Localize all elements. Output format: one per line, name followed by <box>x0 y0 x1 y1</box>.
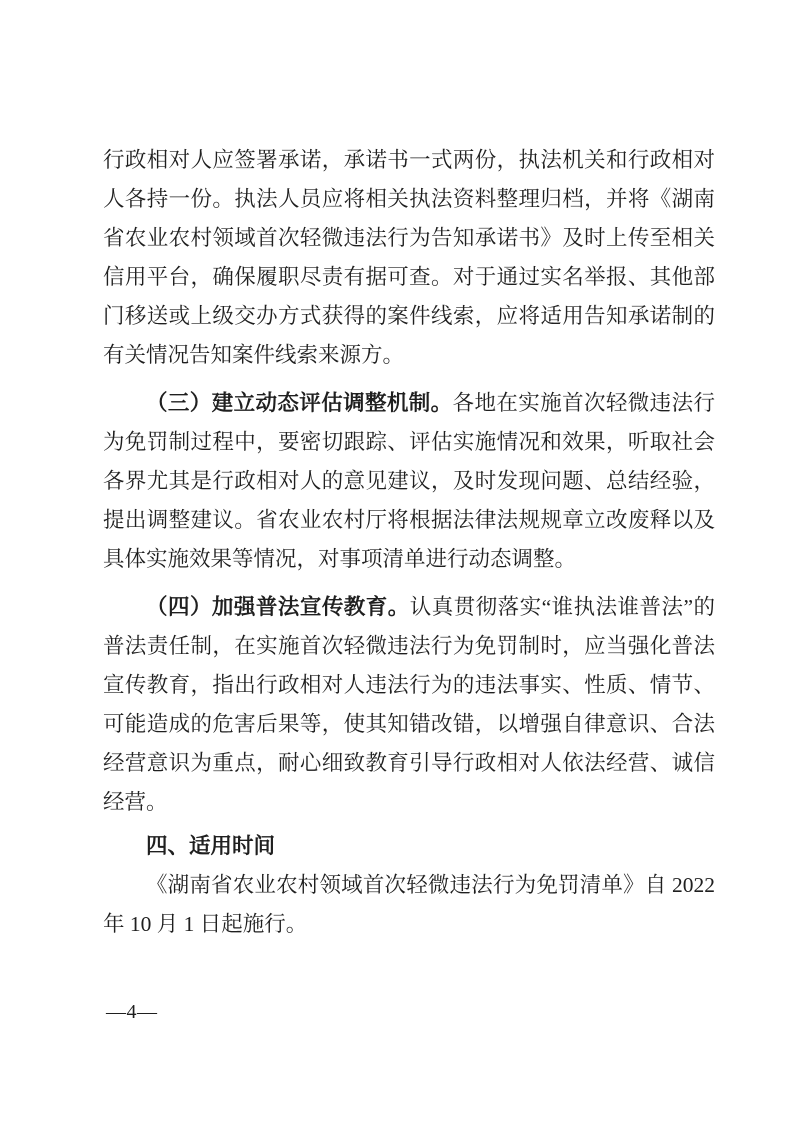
document-body: 行政相对人应签署承诺，承诺书一式两份，执法机关和行政相对人各持一份。执法人员应将… <box>103 141 715 944</box>
paragraph-legal-education: （四）加强普法宣传教育。认真贯彻落实“谁执法谁普法”的普法责任制，在实施首次轻微… <box>103 588 715 822</box>
section-heading: 四、适用时间 <box>103 827 715 866</box>
paragraph-dynamic-adjust: （三）建立动态评估调整机制。各地在实施首次轻微违法行为免罚制过程中，要密切跟踪、… <box>103 384 715 579</box>
paragraph-commitment-followup: 行政相对人应签署承诺，承诺书一式两份，执法机关和行政相对人各持一份。执法人员应将… <box>103 141 715 375</box>
paragraph-text: 《湖南省农业农村领域首次轻微违法行为免罚清单》自 2022 年 10 月 1 日… <box>103 873 715 936</box>
paragraph-lead: （三）建立动态评估调整机制。 <box>146 391 453 415</box>
paragraph-text: 各地在实施首次轻微违法行为免罚制过程中，要密切跟踪、评估实施情况和效果，听取社会… <box>103 391 715 571</box>
paragraph-lead: （四）加强普法宣传教育。 <box>146 595 410 619</box>
paragraph-effective-date: 《湖南省农业农村领域首次轻微违法行为免罚清单》自 2022 年 10 月 1 日… <box>103 866 715 944</box>
document-page: 行政相对人应签署承诺，承诺书一式两份，执法机关和行政相对人各持一份。执法人员应将… <box>0 0 793 1122</box>
paragraph-text: 认真贯彻落实“谁执法谁普法”的普法责任制，在实施首次轻微违法行为免罚制时，应当强… <box>103 595 715 814</box>
page-number: —4— <box>106 999 158 1025</box>
paragraph-text: 行政相对人应签署承诺，承诺书一式两份，执法机关和行政相对人各持一份。执法人员应将… <box>103 148 715 367</box>
